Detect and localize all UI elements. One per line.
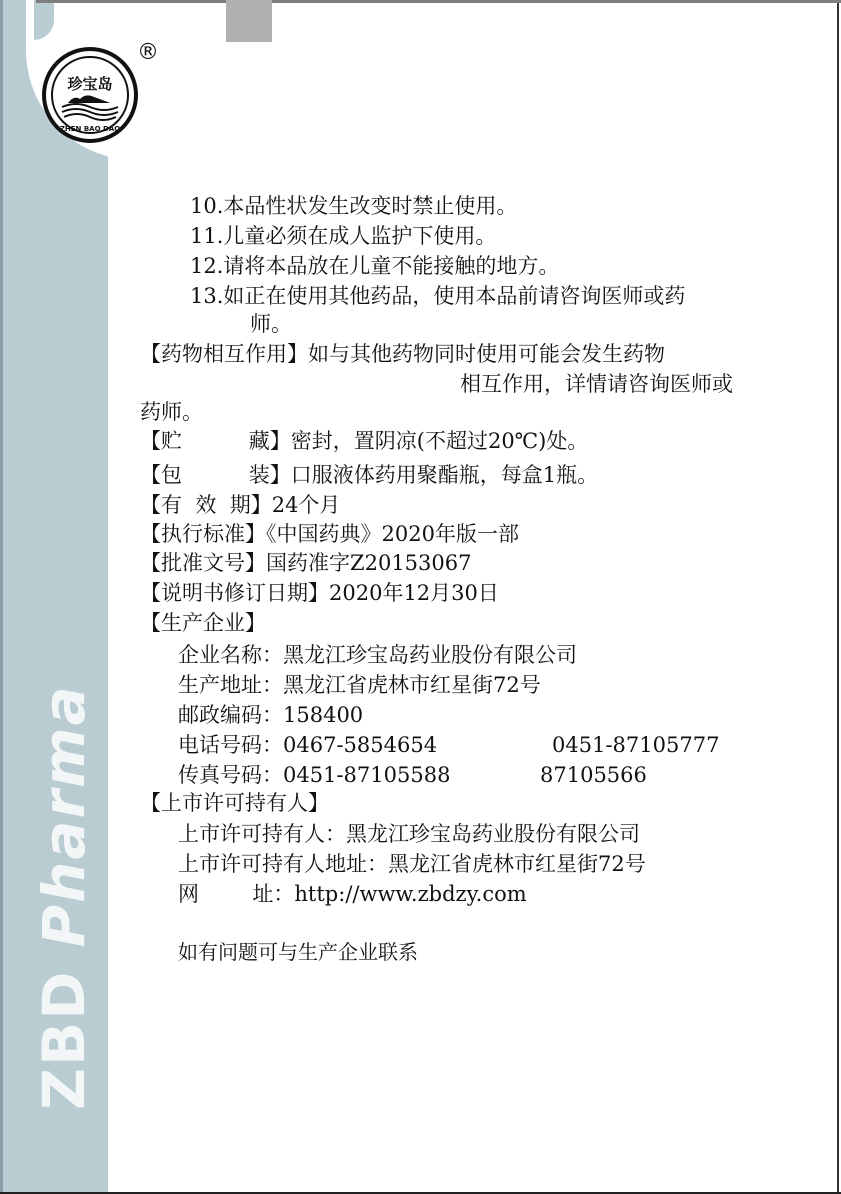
standard-row: 【执行标准】《中国药典》2020年版一部 [140, 524, 519, 545]
manufacturer-heading: 【生产企业】 [140, 613, 266, 634]
revision-value: 2020年12月30日 [329, 581, 499, 605]
standard-value: 《中国药典》2020年版一部 [266, 522, 519, 546]
zhenbaodao-logo-icon: 珍宝岛 ZHEN BAO DAO [40, 45, 140, 145]
manufacturer-fax: 传真号码：0451-87105588 [178, 765, 450, 786]
holder-heading: 【上市许可持有人】 [140, 793, 329, 814]
manufacturer-address: 生产地址：黑龙江省虎林市红星街72号 [178, 675, 541, 696]
registered-mark: ® [137, 40, 159, 65]
website-link[interactable]: http://www.zbdzy.com [294, 882, 526, 906]
validity-label: 【有 效 期】 [140, 493, 272, 517]
precaution-13: 13.如正在使用其他药品，使用本品前请咨询医师或药 [190, 286, 685, 307]
manufacturer-name: 企业名称：黑龙江珍宝岛药业股份有限公司 [178, 645, 577, 666]
frame-right-border [837, 3, 839, 1193]
svg-text:ZHEN BAO DAO: ZHEN BAO DAO [60, 125, 120, 133]
storage-value: 密封，置阴凉(不超过20℃)处。 [291, 429, 589, 453]
frame-top-border [36, 0, 841, 3]
manufacturer-postcode: 邮政编码：158400 [178, 705, 363, 726]
holder-name: 上市许可持有人：黑龙江珍宝岛药业股份有限公司 [178, 824, 640, 845]
validity-value: 24个月 [272, 493, 341, 517]
manufacturer-phone: 电话号码：0467-5854654 [178, 735, 437, 756]
precaution-11: 11.儿童必须在成人监护下使用。 [190, 226, 496, 247]
sidebar-edge [0, 0, 3, 1194]
revision-row: 【说明书修订日期】2020年12月30日 [140, 583, 499, 604]
storage-row: 【贮 藏】密封，置阴凉(不超过20℃)处。 [140, 431, 588, 452]
standard-label: 【执行标准】 [140, 522, 266, 546]
storage-label: 【贮 藏】 [140, 429, 291, 453]
package-row: 【包 装】口服液体药用聚酯瓶，每盒1瓶。 [140, 465, 598, 486]
interaction-line2: 相互作用，详情请咨询医师或 [460, 374, 733, 395]
manufacturer-phone2: 0451-87105777 [552, 735, 719, 756]
precaution-13-cont: 师。 [250, 314, 292, 335]
gray-tab-marker [226, 0, 272, 42]
interaction-line3: 药师。 [140, 402, 203, 423]
svg-text:珍宝岛: 珍宝岛 [67, 75, 112, 93]
approval-value: 国药准字Z20153067 [266, 551, 471, 575]
website-label: 网 址： [178, 882, 294, 906]
website-row: 网 址：http://www.zbdzy.com [178, 884, 527, 905]
interaction-line1: 【药物相互作用】如与其他药物同时使用可能会发生药物 [140, 344, 665, 365]
precaution-12: 12.请将本品放在儿童不能接触的地方。 [190, 256, 559, 277]
brand-pharma: Pharma [30, 684, 98, 947]
manufacturer-fax2: 87105566 [540, 765, 647, 786]
contact-note: 如有问题可与生产企业联系 [178, 942, 418, 962]
validity-row: 【有 效 期】24个月 [140, 495, 340, 516]
package-label: 【包 装】 [140, 463, 291, 487]
approval-row: 【批准文号】国药准字Z20153067 [140, 553, 471, 574]
sidebar-brand-text: ZBD Pharma [30, 684, 98, 1110]
brand-zbd: ZBD [30, 947, 98, 1110]
holder-address: 上市许可持有人地址：黑龙江省虎林市红星街72号 [178, 854, 646, 875]
approval-label: 【批准文号】 [140, 551, 266, 575]
package-value: 口服液体药用聚酯瓶，每盒1瓶。 [291, 463, 598, 487]
precaution-10: 10.本品性状发生改变时禁止使用。 [190, 196, 517, 217]
revision-label: 【说明书修订日期】 [140, 581, 329, 605]
